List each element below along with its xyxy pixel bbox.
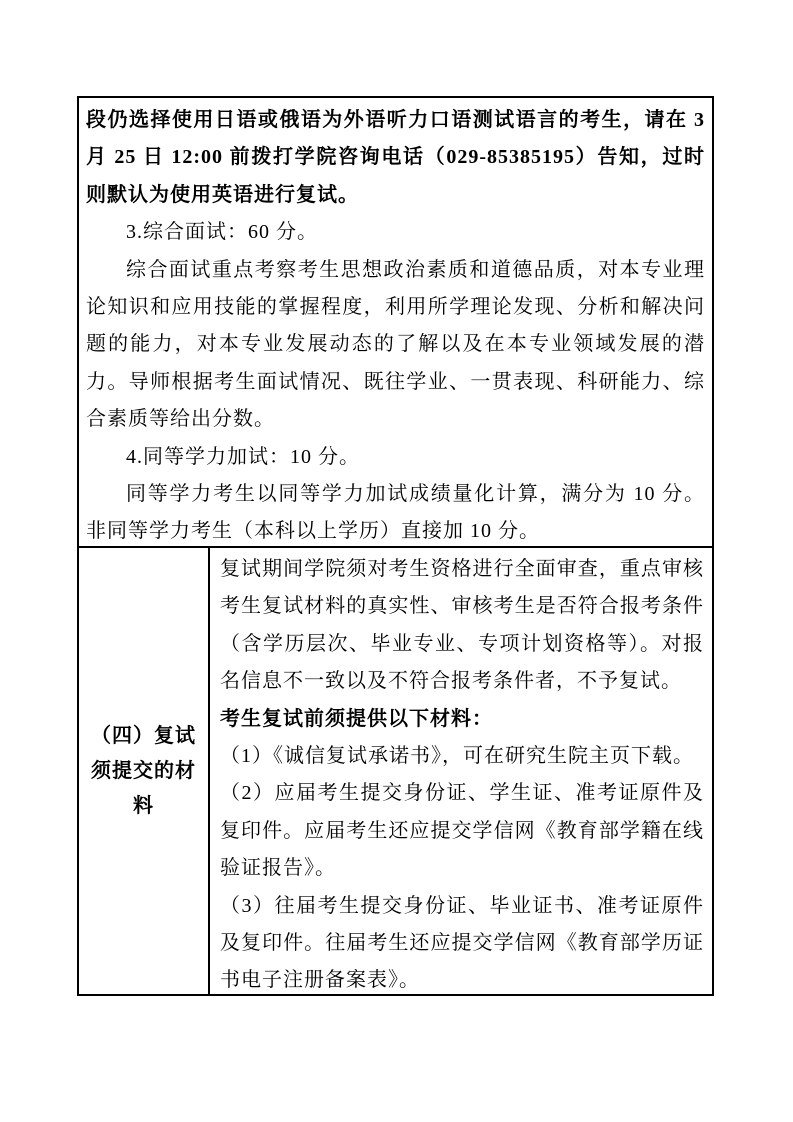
paragraph-equivalent-degree-calculation: 同等学力考生以同等学力加试成绩量化计算，满分为 10 分。非同等学力考生（本科以… bbox=[86, 476, 705, 548]
paragraph-material-1-integrity-letter: （1）《诚信复试承诺书》，可在研究生院主页下载。 bbox=[220, 738, 704, 775]
admissions-notice-table: 段仍选择使用日语或俄语为外语听力口语测试语言的考生，请在 3 月 25 日 12… bbox=[77, 96, 714, 996]
paragraph-material-2-current-students: （2）应届考生提交身份证、学生证、准考证原件及复印件。应届考生还应提交学信网《教… bbox=[220, 775, 704, 887]
paragraph-material-3-previous-graduates: （3）往届考生提交身份证、毕业证书、准考证原件及复印件。往届考生还应提交学信网《… bbox=[220, 888, 704, 994]
paragraph-language-notice: 段仍选择使用日语或俄语为外语听力口语测试语言的考生，请在 3 月 25 日 12… bbox=[86, 102, 705, 214]
materials-row-header-cell: （四）复试须提交的材料 bbox=[79, 548, 210, 994]
interview-scoring-section: 段仍选择使用日语或俄语为外语听力口语测试语言的考生，请在 3 月 25 日 12… bbox=[79, 98, 712, 548]
paragraph-qualification-review: 复试期间学院须对考生资格进行全面审查，重点审核考生复试材料的真实性、审核考生是否… bbox=[220, 551, 704, 701]
paragraph-materials-intro: 考生复试前须提供以下材料： bbox=[220, 701, 704, 738]
materials-row: （四）复试须提交的材料 复试期间学院须对考生资格进行全面审查，重点审核考生复试材… bbox=[79, 548, 712, 994]
paragraph-comprehensive-interview-score: 3.综合面试：60 分。 bbox=[86, 214, 705, 251]
document-page: { "document": { "colors": { "page_bg": "… bbox=[0, 0, 793, 1122]
paragraph-interview-criteria: 综合面试重点考察考生思想政治素质和道德品质，对本专业理论知识和应用技能的掌握程度… bbox=[86, 252, 705, 439]
materials-row-body-cell: 复试期间学院须对考生资格进行全面审查，重点审核考生复试材料的真实性、审核考生是否… bbox=[210, 548, 712, 994]
materials-row-header-label: （四）复试须提交的材料 bbox=[88, 719, 199, 824]
paragraph-equivalent-degree-test-score: 4.同等学力加试：10 分。 bbox=[86, 439, 705, 476]
